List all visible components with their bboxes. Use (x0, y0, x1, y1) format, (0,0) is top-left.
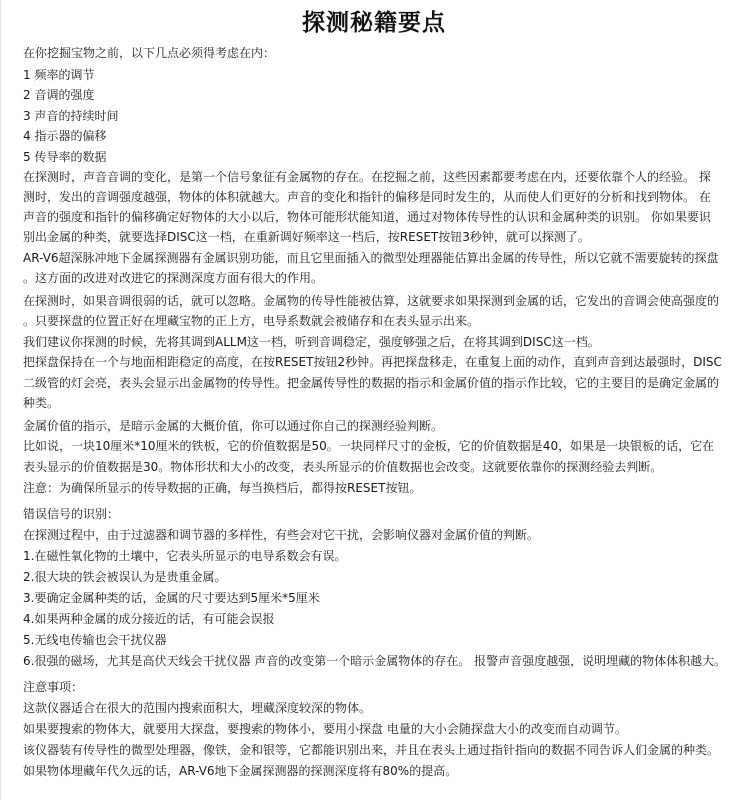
body-line: 把探盘保持在一个与地面相距稳定的高度，在按RESET按钮2秒钟。再把探盘移走，在… (23, 354, 722, 370)
body-line: 比如说，一块10厘米*10厘米的铁板，它的价值数据是50。一块同样尺寸的金板，它… (23, 438, 714, 454)
body-line: 测时，发出的音调强度越强，物体的体积就越大。声音的变化和指针的偏移是同时发生的，… (23, 189, 711, 205)
intro-item: 1 频率的调节 (23, 67, 94, 83)
body-line: 二级管的灯会亮，表头会显示出金属物的传导性。把金属传导性的数据的指示和金属价值的… (23, 375, 719, 391)
intro-heading: 在你挖掘宝物之前，以下几点必须得考虑在内： (23, 45, 275, 61)
false-signal-item: 3.要确定金属种类的话，金属的尺寸要达到5厘米*5厘米 (23, 590, 320, 606)
note-item: 该仪器装有传导性的微型处理器，像铁，金和银等，它都能识别出来，并且在表头上通过指… (23, 742, 719, 758)
false-signal-item: 4.如果两种金属的成分接近的话，有可能会误报 (23, 611, 274, 627)
notes-heading: 注意事项： (23, 679, 83, 695)
body-line: 。只要探盘的位置正好在埋藏宝物的正上方，电导系数就会被储存和在表头显示出来。 (23, 313, 479, 329)
intro-item: 5 传导率的数据 (23, 149, 106, 165)
page-title: 探测秘籍要点 (1, 4, 747, 37)
body-line: 别出金属的种类，就要选择DISC这一档，在重新调好频率这一档后，按RESET按钮… (23, 229, 590, 245)
body-line: 我们建议你探测的时候，先将其调到ALLM这一档，听到音调稳定，强度够强之后，在将… (23, 334, 600, 350)
note-item: 如果要搜索的物体大，就要用大探盘，要搜索的物体小，要用小探盘 电量的大小会随探盘… (23, 721, 627, 737)
body-line: AR-V6超深脉冲地下金属探测器有金属识别功能，而且它里面插入的微型处理器能估算… (23, 250, 719, 266)
body-line: 声音的强度和指针的偏移确定好物体的大小以后，物体可能形状能知道，通过对物体传导性… (23, 209, 711, 225)
false-signal-item: 5.无线电传输也会干扰仪器 (23, 632, 166, 648)
intro-item: 2 音调的强度 (23, 87, 94, 103)
body-line: 在探测时，声音音调的变化，是第一个信号象征有金属物的存在。在挖掘之前，这些因素都… (23, 169, 711, 185)
note-item: 如果物体埋藏年代久远的话，AR-V6地下金属探测器的探测深度将有80%的提高。 (23, 763, 457, 779)
intro-item: 4 指示器的偏移 (23, 128, 106, 144)
body-line: 表头显示的价值数据是30。物体形状和大小的改变，表头所显示的价值数据也会改变。这… (23, 459, 662, 475)
body-line: 在探测时，如果音调很弱的话，就可以忽略。金属物的传导性能被估算，这就要求如果探测… (23, 293, 719, 309)
false-signal-item: 1.在磁性氧化物的土壤中，它表头所显示的电导系数会有误。 (23, 548, 346, 564)
body-line: 。这方面的改进对改进它的探测深度方面有很大的作用。 (23, 270, 323, 286)
body-line: 金属价值的指示，是暗示金属的大概价值，你可以通过你自己的探测经验判断。 (23, 418, 443, 434)
false-signal-item: 2.很大块的铁会被误认为是贵重金属。 (23, 569, 226, 585)
false-signal-item: 6.很强的磁场，尤其是高伏天线会干扰仪器 声音的改变第一个暗示金属物体的存在。 … (23, 653, 726, 669)
body-line: 种类。 (23, 395, 59, 411)
intro-item: 3 声音的持续时间 (23, 108, 118, 124)
false-signals-heading: 错误信号的识别： (23, 506, 119, 522)
false-signals-intro: 在探测过程中，由于过滤器和调节器的多样性，有些会对它干扰，会影响仪器对金属价值的… (23, 527, 539, 543)
note-item: 这款仪器适合在很大的范围内搜索面积大，埋藏深度较深的物体。 (23, 700, 371, 716)
body-line: 注意：为确保所显示的传导数据的正确，每当换档后，都得按RESET按钮。 (23, 480, 421, 496)
document-page: 探测秘籍要点 在你挖掘宝物之前，以下几点必须得考虑在内： 1 频率的调节 2 音… (0, 0, 747, 800)
